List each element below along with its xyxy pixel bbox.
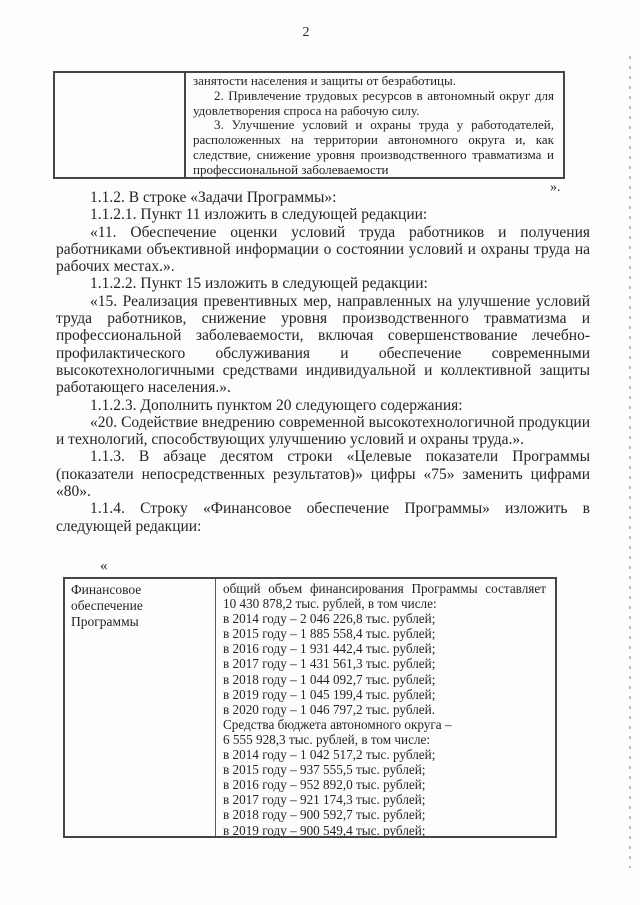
finance-line: общий объем финансирования Программы сос…: [223, 581, 546, 596]
finance-line: в 2014 году – 1 042 517,2 тыс. рублей;: [223, 747, 546, 762]
finance-line: в 2016 году – 1 931 442,4 тыс. рублей;: [223, 641, 546, 656]
paragraph-1-1-4: 1.1.4. Строку «Финансовое обеспечение Пр…: [56, 500, 590, 535]
finance-line: в 2017 году – 921 174,3 тыс. рублей;: [223, 792, 546, 807]
finance-line: в 2016 году – 952 892,0 тыс. рублей;: [223, 777, 546, 792]
paragraph-item-20: «20. Содействие внедрению современной вы…: [56, 414, 590, 449]
finance-line: 6 555 928,3 тыс. рублей, в том числе:: [223, 732, 546, 747]
finance-line: в 2020 году – 1 046 797,2 тыс. рублей.: [223, 702, 546, 717]
paragraph-item-15: «15. Реализация превентивных мер, направ…: [56, 293, 590, 397]
paragraph-1-1-2-3: 1.1.2.3. Дополнить пунктом 20 следующего…: [56, 397, 590, 414]
finance-values-cell: общий объем финансирования Программы сос…: [216, 579, 555, 836]
paragraph-1-1-2-1: 1.1.2.1. Пункт 11 изложить в следующей р…: [56, 206, 590, 223]
finance-line: в 2018 году – 900 592,7 тыс. рублей;: [223, 807, 546, 822]
paragraph-1-1-2-2: 1.1.2.2. Пункт 15 изложить в следующей р…: [56, 275, 590, 292]
finance-line: в 2019 году – 900 549,4 тыс. рублей;: [223, 823, 546, 838]
finance-line: Средства бюджета автономного округа –: [223, 717, 546, 732]
finance-line: в 2015 году – 1 885 558,4 тыс. рублей;: [223, 626, 546, 641]
finance-line: 10 430 878,2 тыс. рублей, в том числе:: [223, 596, 546, 611]
table-cell-label-empty: [55, 73, 186, 177]
finance-line: в 2019 году – 1 045 199,4 тыс. рублей;: [223, 687, 546, 702]
opening-quote-mark: «: [100, 558, 108, 575]
scan-noise-artifact: [629, 56, 631, 868]
amendment-text-block: 1.1.2. В строке «Задачи Программы»: 1.1.…: [56, 189, 590, 535]
finance-row-label: Финансовое обеспечение Программы: [65, 579, 216, 836]
finance-line: в 2017 году – 1 431 561,3 тыс. рублей;: [223, 656, 546, 671]
document-page: 2 занятости населения и защиты от безраб…: [0, 0, 640, 905]
finance-line: в 2018 году – 1 044 092,7 тыс. рублей;: [223, 672, 546, 687]
program-goals-table: занятости населения и защиты от безработ…: [53, 71, 565, 179]
finance-line: в 2014 году – 2 046 226,8 тыс. рублей;: [223, 611, 546, 626]
finance-table: Финансовое обеспечение Программы общий о…: [63, 577, 557, 838]
page-number: 2: [0, 25, 612, 41]
paragraph-1-1-3: 1.1.3. В абзаце десятом строки «Целевые …: [56, 448, 590, 500]
finance-line: в 2015 году – 937 555,5 тыс. рублей;: [223, 762, 546, 777]
table-cell-goals-text: занятости населения и защиты от безработ…: [186, 73, 563, 177]
goal-item-2: 2. Привлечение трудовых ресурсов в автон…: [193, 89, 554, 119]
paragraph-1-1-2: 1.1.2. В строке «Задачи Программы»:: [56, 189, 590, 206]
paragraph-item-11: «11. Обеспечение оценки условий труда ра…: [56, 224, 590, 276]
goals-continuation-line: занятости населения и защиты от безработ…: [193, 74, 554, 89]
goal-item-3: 3. Улучшение условий и охраны труда у ра…: [193, 118, 554, 177]
